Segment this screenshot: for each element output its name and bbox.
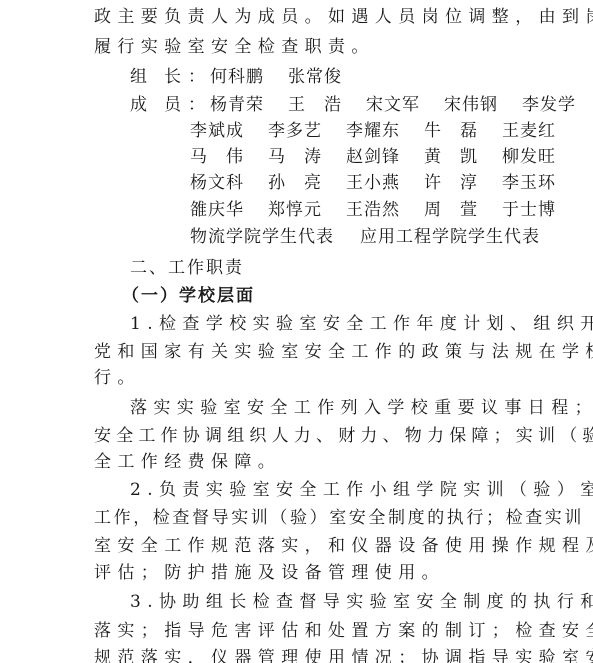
member-name: 马 伟 [190, 147, 268, 167]
members-row: 马 伟马 涛赵剑锋黄 凯柳发旺 [190, 147, 556, 167]
member-name: 李发学 [522, 95, 576, 115]
paragraph-line: 落实实验室安全工作列入学校重要议事日程；为实验室 [130, 398, 593, 418]
paragraph-line: 安全工作协调组织人力、财力、物力保障；实训（验）室安 [94, 426, 593, 446]
paragraph-line: 评估；防护措施及设备管理使用。 [94, 563, 445, 583]
member-name: 马 涛 [268, 147, 346, 167]
member-name: 雒庆华 [190, 200, 268, 220]
member-name: 宋伟钢 [444, 95, 522, 115]
member-name: 王小燕 [346, 173, 424, 193]
members-row: 李斌成李多艺李耀东牛 磊王麦红 [190, 121, 556, 141]
members-label: 成 员 [130, 95, 188, 115]
member-name: 于士博 [502, 200, 556, 220]
member-name: 物流学院学生代表 [190, 227, 360, 247]
members-row: 成 员：杨青荣王 浩宋文军宋伟钢李发学 [130, 95, 576, 115]
intro-line-2: 履行实验室安全检查职责。 [94, 37, 375, 57]
member-name: 黄 凯 [424, 147, 502, 167]
paragraph-line: 1.检查学校实验室安全工作年度计划、组织开展。保证 [130, 314, 593, 334]
members-row: 物流学院学生代表应用工程学院学生代表 [190, 227, 540, 247]
paragraph-line: 党和国家有关实验室安全工作的政策与法规在学校贯彻执 [94, 342, 593, 362]
member-name: 李玉环 [502, 173, 556, 193]
paragraph-line: 室安全工作规范落实，和仪器设备使用操作规程及定期进行 [94, 536, 593, 556]
member-name: 应用工程学院学生代表 [360, 227, 540, 247]
member-name: 许 淳 [424, 173, 502, 193]
subsection-heading: （一）学校层面 [122, 286, 255, 306]
member-name: 王 浩 [288, 95, 366, 115]
members-row: 杨文科孙 亮王小燕许 淳李玉环 [190, 173, 556, 193]
paragraph-line: 2.负责实验室安全工作小组学院实训（验）室安全管理 [130, 480, 593, 500]
paragraph-line: 3.协助组长检查督导实验室安全制度的执行和措施的 [130, 592, 593, 612]
member-name: 李耀东 [346, 121, 424, 141]
member-name: 李斌成 [190, 121, 268, 141]
member-name: 柳发旺 [502, 147, 556, 167]
leader-colon: ： [188, 67, 210, 87]
leader-row: 组 长：何科鹏张常俊 [130, 67, 342, 87]
paragraph-line: 行。 [94, 368, 141, 388]
member-name: 孙 亮 [268, 173, 346, 193]
intro-line-1: 政主要负责人为成员。如遇人员岗位调整，由到岗履新人员 [94, 7, 593, 27]
member-name: 牛 磊 [424, 121, 502, 141]
member-name: 李多艺 [268, 121, 346, 141]
paragraph-line: 落实；指导危害评估和处置方案的制订；检查安全管理工作 [94, 621, 593, 641]
section-heading: 二、工作职责 [130, 258, 244, 278]
leader-name: 何科鹏 [210, 67, 288, 87]
member-name: 周 萱 [424, 200, 502, 220]
member-name: 杨文科 [190, 173, 268, 193]
paragraph-line: 工作，检查督导实训（验）室安全制度的执行；检查实训（验） [94, 508, 593, 528]
leader-name: 张常俊 [288, 67, 342, 87]
members-colon: ： [188, 95, 210, 115]
member-name: 杨青荣 [210, 95, 288, 115]
paragraph-line: 全工作经费保障。 [94, 452, 281, 472]
paragraph-line: 规范落实，仪器管理使用情况；协调指导实验室安全相关技 [94, 648, 593, 663]
members-row: 雒庆华郑惇元王浩然周 萱于士博 [190, 200, 556, 220]
member-name: 宋文军 [366, 95, 444, 115]
member-name: 王浩然 [346, 200, 424, 220]
member-name: 赵剑锋 [346, 147, 424, 167]
leader-label: 组 长 [130, 67, 188, 87]
member-name: 郑惇元 [268, 200, 346, 220]
member-name: 王麦红 [502, 121, 556, 141]
